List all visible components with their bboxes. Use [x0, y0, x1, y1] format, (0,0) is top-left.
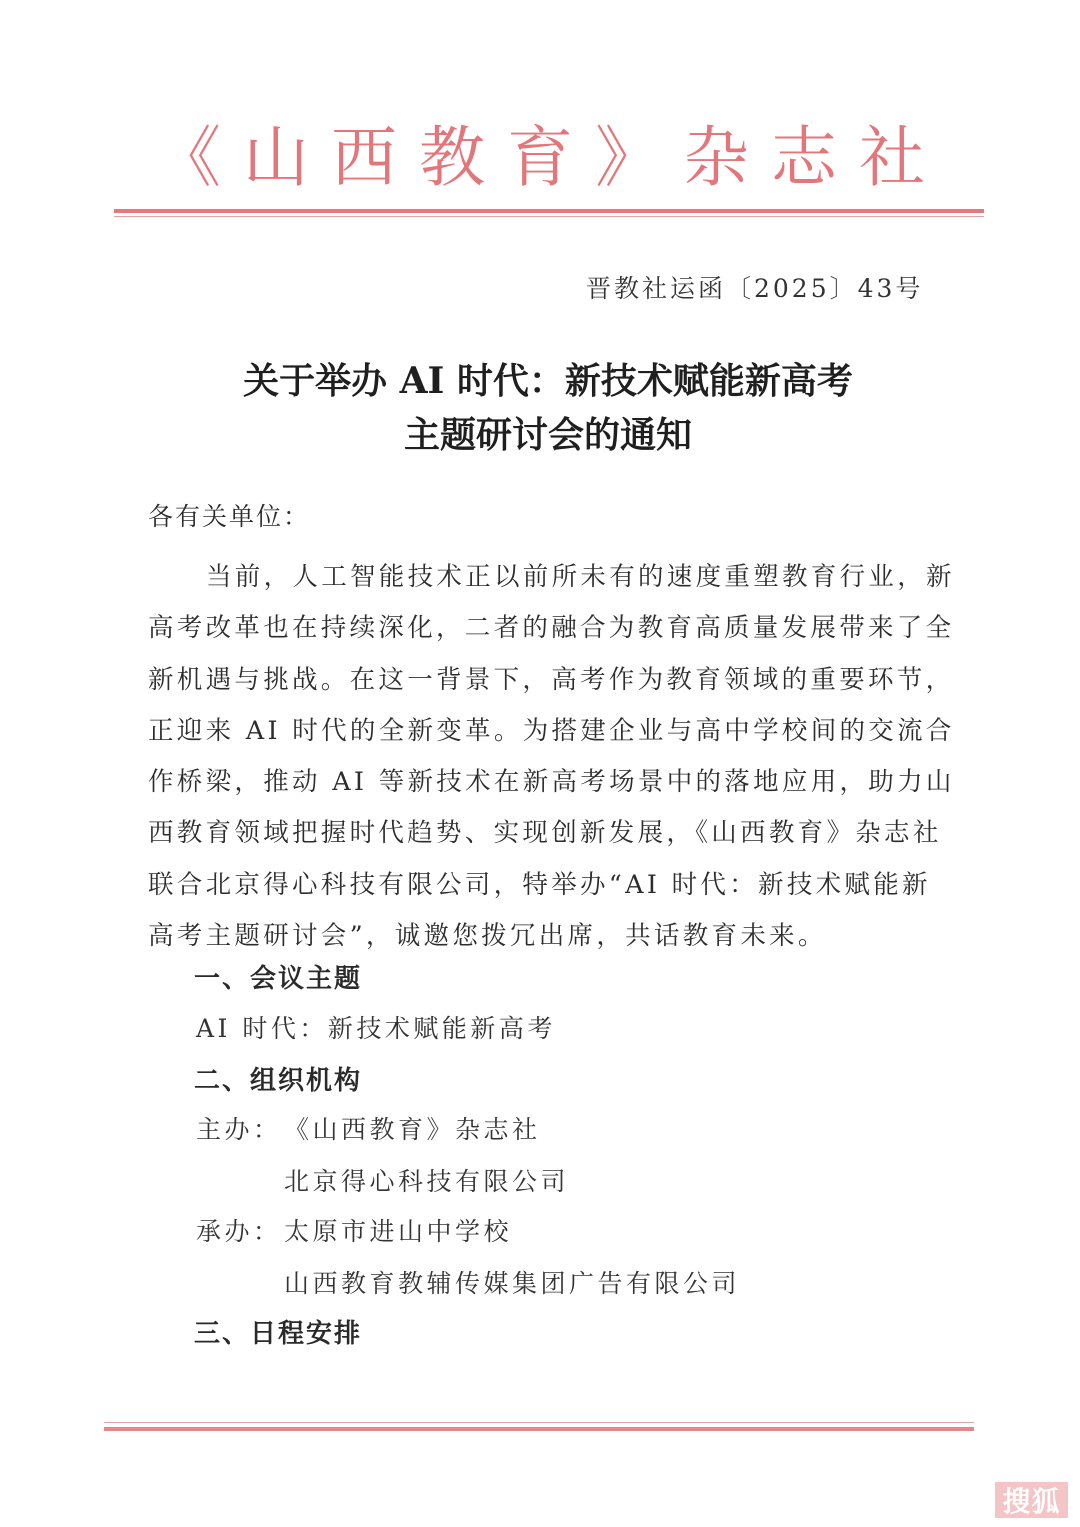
paragraph-line: 当前，人工智能技术正以前所未有的速度重塑教育行业，新 [148, 552, 948, 603]
paragraph-line: 西教育领域把握时代趋势、实现创新发展，《山西教育》杂志社 [148, 808, 948, 859]
salutation: 各有关单位： [148, 500, 310, 534]
host-label: 主办： [196, 1113, 282, 1147]
host-item: 北京得心科技有限公司 [284, 1165, 569, 1199]
paragraph-line: 联合北京得心科技有限公司，特举办“AI 时代：新技术赋能新 [148, 860, 948, 911]
section-heading-organizers: 二、组织机构 [194, 1064, 362, 1098]
paragraph-line: 高考改革也在持续深化，二者的融合为教育高质量发展带来了全 [148, 603, 948, 654]
paragraph-line: 新机遇与挑战。在这一背景下，高考作为教育领域的重要环节， [148, 655, 948, 706]
footer-rule-thick [104, 1427, 974, 1431]
paragraph-line: 正迎来 AI 时代的全新变革。为搭建企业与高中学校间的交流合 [148, 706, 948, 757]
intro-paragraph: 当前，人工智能技术正以前所未有的速度重塑教育行业，新 高考改革也在持续深化，二者… [148, 552, 948, 962]
document-title-line-1: 关于举办 AI 时代：新技术赋能新高考 [0, 356, 1080, 406]
footer-rule-thin [104, 1422, 974, 1423]
watermark-stamp: 搜狐 [995, 1482, 1068, 1518]
masthead-title: 《山西教育》杂志社 [0, 118, 1080, 198]
section-heading-theme: 一、会议主题 [194, 962, 362, 996]
section-heading-schedule: 三、日程安排 [194, 1317, 362, 1351]
masthead-rule-thick [114, 209, 984, 213]
document-number: 晋教社运函〔2025〕43号 [586, 272, 923, 306]
co-organizer-item: 太原市进山中学校 [284, 1215, 512, 1249]
meeting-theme-text: AI 时代：新技术赋能新高考 [196, 1012, 556, 1046]
paragraph-line: 高考主题研讨会”，诚邀您拨冗出席，共话教育未来。 [148, 911, 948, 962]
paragraph-line: 作桥梁，推动 AI 等新技术在新高考场景中的落地应用，助力山 [148, 757, 948, 808]
document-title-line-2: 主题研讨会的通知 [0, 410, 1080, 460]
host-item: 《山西教育》杂志社 [284, 1113, 541, 1147]
co-organizer-label: 承办： [196, 1215, 282, 1249]
masthead-rule-thin [114, 216, 984, 217]
co-organizer-item: 山西教育教辅传媒集团广告有限公司 [284, 1267, 740, 1301]
